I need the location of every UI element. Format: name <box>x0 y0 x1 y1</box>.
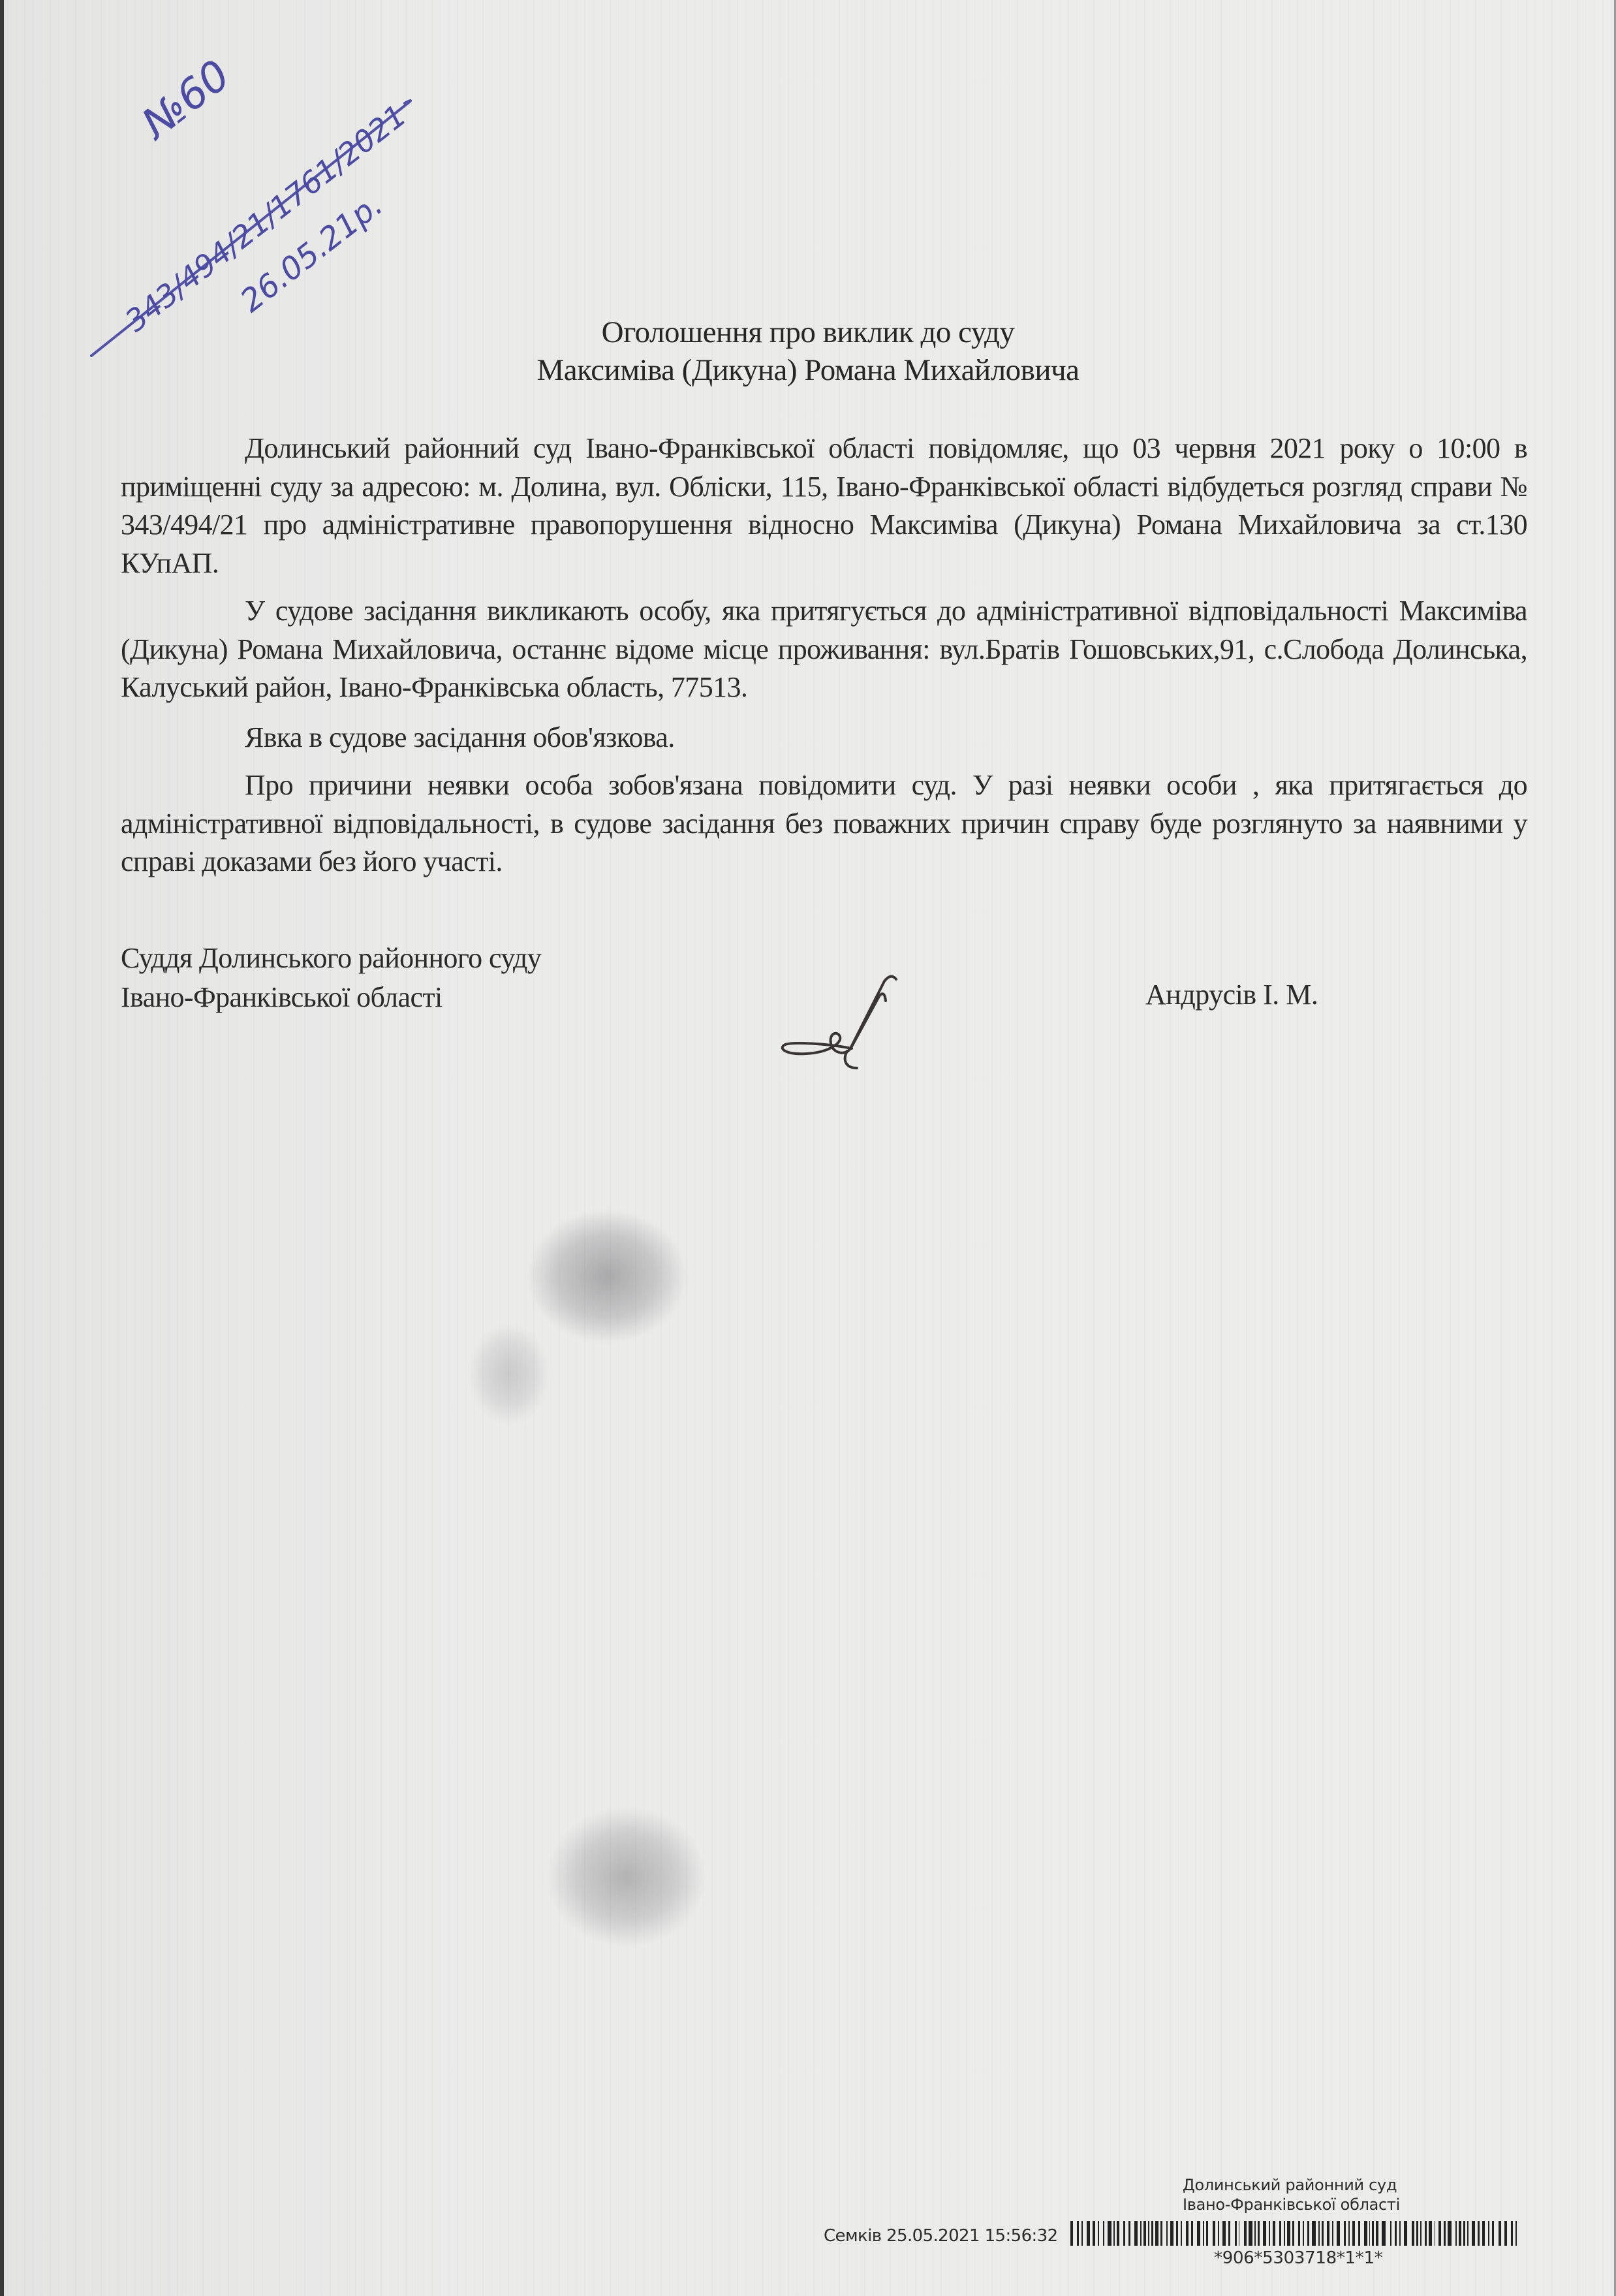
barcode-icon <box>1070 2221 1521 2246</box>
document-subtitle-person: Максиміва (Дикуна) Романа Михайловича <box>0 353 1616 388</box>
document-title: Оголошення про виклик до суду <box>0 315 1616 350</box>
judge-position-line2: Івано-Франківської області <box>121 978 541 1017</box>
paragraph-absence-consequences: Про причини неявки особа зобов'язана пов… <box>121 766 1527 881</box>
paragraph-summons: У судове засідання викликають особу, яка… <box>121 592 1527 707</box>
stamp-court-line1: Долинський районний суд <box>1183 2175 1400 2195</box>
announcement-body: Долинський районний суд Івано-Франківськ… <box>121 430 1527 881</box>
signature-icon <box>780 971 904 1076</box>
stamp-registrar-timestamp: Семків 25.05.2021 15:56:32 <box>824 2226 1058 2246</box>
handwritten-number: №60 <box>132 51 240 149</box>
barcode-code: *906*5303718*1*1* <box>1214 2248 1382 2268</box>
toner-smudge <box>548 1808 705 1945</box>
judge-name: Андрусів І. М. <box>1145 978 1318 1011</box>
judge-position-line1: Суддя Долинського районного суду <box>121 939 541 978</box>
stamp-court-name: Долинський районний суд Івано-Франківськ… <box>1183 2175 1400 2214</box>
paragraph-attendance-mandatory: Явка в судове засідання обов'язкова. <box>121 719 1527 757</box>
toner-smudge <box>470 1325 548 1423</box>
stamp-court-line2: Івано-Франківської області <box>1183 2195 1400 2214</box>
judge-position: Суддя Долинського районного суду Івано-Ф… <box>121 939 541 1017</box>
toner-smudge <box>529 1211 685 1342</box>
paragraph-hearing-notice: Долинський районний суд Івано-Франківськ… <box>121 430 1527 582</box>
